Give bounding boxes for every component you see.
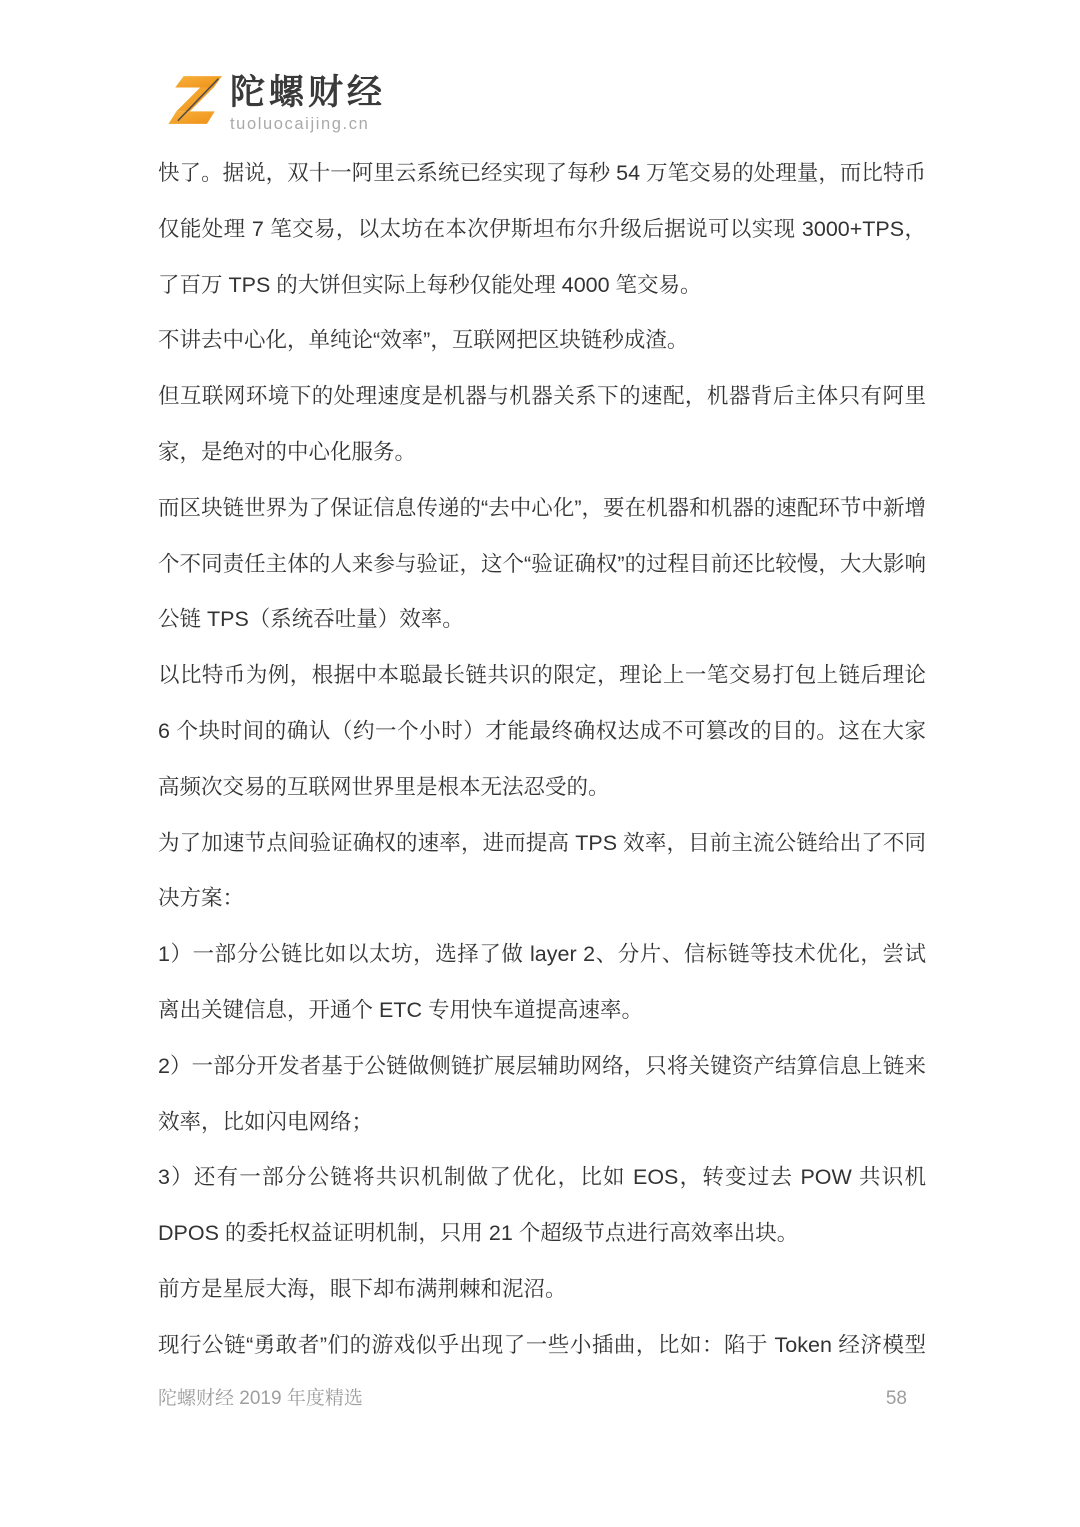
document-page: 陀螺财经 tuoluocaijing.cn 快了。据说，双十一阿里云系统已经实现… [0,0,1080,1527]
text-line: 以比特币为例，根据中本聪最长链共识的限定，理论上一笔交易打包上链后理论要经过 [158,648,926,704]
brand-text-block: 陀螺财经 tuoluocaijing.cn [230,74,386,134]
paragraph: 3）还有一部分公链将共识机制做了优化，比如 EOS，转变过去 POW 共识机制，… [158,1150,926,1262]
paragraph: 但互联网环境下的处理速度是机器与机器关系下的速配，机器背后主体只有阿里巴巴一家，… [158,369,926,481]
text-line: 家，是绝对的中心化服务。 [158,425,926,481]
text-line: 6 个块时间的确认（约一个小时）才能最终确权达成不可篡改的目的。这在大家习惯了 [158,704,926,760]
brand-logo: 陀螺财经 tuoluocaijing.cn [168,74,386,134]
text-line: 不讲去中心化，单纯论“效率”，互联网把区块链秒成渣。 [158,313,926,369]
text-line: 3）还有一部分公链将共识机制做了优化，比如 EOS，转变过去 POW 共识机制，… [158,1150,926,1206]
footer-title: 陀螺财经 2019 年度精选 [158,1386,363,1412]
text-line: 高频次交易的互联网世界里是根本无法忍受的。 [158,760,926,816]
text-line: 了百万 TPS 的大饼但实际上每秒仅能处理 4000 笔交易。 [158,258,926,314]
brand-name: 陀螺财经 [230,74,386,112]
text-line: 现行公链“勇敢者”们的游戏似乎出现了一些小插曲，比如：陷于 Token 经济模型… [158,1318,926,1374]
text-line: 公链 TPS（系统吞吐量）效率。 [158,592,926,648]
text-line: 离出关键信息，开通个 ETC 专用快车道提高速率。 [158,983,926,1039]
text-line: 而区块链世界为了保证信息传递的“去中心化”，要在机器和机器的速配环节中新增 N [158,481,926,537]
paragraph: 1）一部分公链比如以太坊，选择了做 layer 2、分片、信标链等技术优化，尝试… [158,927,926,1039]
text-line: 个不同责任主体的人来参与验证，这个“验证确权”的过程目前还比较慢，大大影响了 [158,537,926,593]
text-line: 为了加速节点间验证确权的速率，进而提高 TPS 效率，目前主流公链给出了不同的解 [158,816,926,872]
text-line: 1）一部分公链比如以太坊，选择了做 layer 2、分片、信标链等技术优化，尝试… [158,927,926,983]
paragraph: 而区块链世界为了保证信息传递的“去中心化”，要在机器和机器的速配环节中新增 N个… [158,481,926,648]
paragraph: 现行公链“勇敢者”们的游戏似乎出现了一些小插曲，比如：陷于 Token 经济模型… [158,1318,926,1374]
paragraph: 前方是星辰大海，眼下却布满荆棘和泥沼。 [158,1262,926,1318]
paragraph: 为了加速节点间验证确权的速率，进而提高 TPS 效率，目前主流公链给出了不同的解… [158,816,926,928]
text-line: 前方是星辰大海，眼下却布满荆棘和泥沼。 [158,1262,926,1318]
paragraph: 2）一部分开发者基于公链做侧链扩展层辅助网络，只将关键资产结算信息上链来提高效率… [158,1039,926,1151]
text-line: 快了。据说，双十一阿里云系统已经实现了每秒 54 万笔交易的处理量，而比特币每秒 [158,146,926,202]
paragraph: 快了。据说，双十一阿里云系统已经实现了每秒 54 万笔交易的处理量，而比特币每秒… [158,146,926,313]
paragraph: 以比特币为例，根据中本聪最长链共识的限定，理论上一笔交易打包上链后理论要经过6 … [158,648,926,815]
text-line: 但互联网环境下的处理速度是机器与机器关系下的速配，机器背后主体只有阿里巴巴一 [158,369,926,425]
brand-z-icon [168,74,222,126]
page-number: 58 [886,1386,907,1412]
text-line: 仅能处理 7 笔交易，以太坊在本次伊斯坦布尔升级后据说可以实现 3000+TPS… [158,202,926,258]
text-line: 决方案： [158,871,926,927]
text-line: 2）一部分开发者基于公链做侧链扩展层辅助网络，只将关键资产结算信息上链来提高 [158,1039,926,1095]
text-line: DPOS 的委托权益证明机制，只用 21 个超级节点进行高效率出块。 [158,1206,926,1262]
paragraph: 不讲去中心化，单纯论“效率”，互联网把区块链秒成渣。 [158,313,926,369]
document-body: 快了。据说，双十一阿里云系统已经实现了每秒 54 万笔交易的处理量，而比特币每秒… [158,146,926,1374]
brand-domain: tuoluocaijing.cn [230,114,386,134]
text-line: 效率，比如闪电网络； [158,1095,926,1151]
